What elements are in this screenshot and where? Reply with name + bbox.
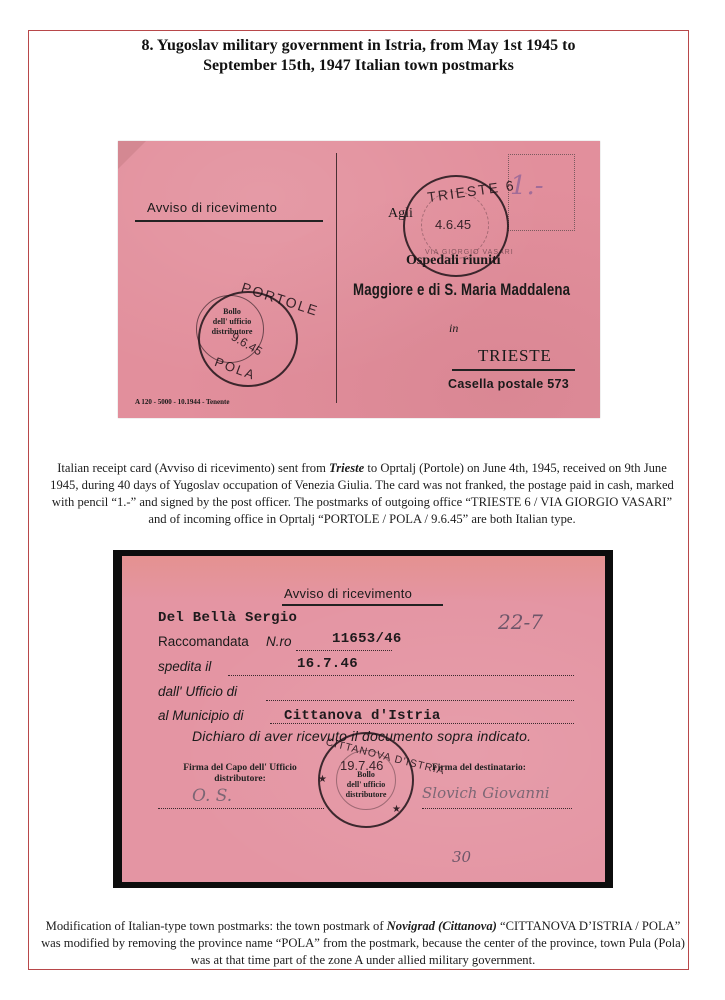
heading-underline [282,604,443,606]
office-stamp-label-line: dell' ufficio [334,780,398,790]
office-signature-label-line: Firma del Capo dell' Ufficio [156,763,324,774]
office-signature: O. S. [192,786,232,806]
page-title-line-1: 8. Yugoslav military government in Istri… [28,36,689,56]
card-divider-line [336,153,337,403]
portole-postmark-icon: Bollo dell' ufficio distributore PORTOLE… [198,291,298,387]
card-heading: Avviso di ricevimento [147,200,277,215]
caption-card-1: Italian receipt card (Avviso di ricevime… [48,460,676,528]
office-stamp-label-line: Bollo [334,770,398,780]
folded-corner [118,141,146,169]
office-stamp-label-line: dell' ufficio [202,317,262,327]
spedita-label: spedita il [158,659,211,674]
recipient-signature: Slovich Giovanni [422,784,550,802]
caption-text: Italian receipt card (Avviso di ricevime… [57,461,329,475]
municipio-value: Cittanova d'Istria [284,708,441,724]
office-signature-line [158,808,324,809]
addressee-line-2: Maggiore e di S. Maria Maddalena [353,280,570,300]
page-title: 8. Yugoslav military government in Istri… [28,36,689,76]
trieste-postmark-icon: TRIESTE 6 4.6.45 VIA GIORGIO VASARI [403,175,509,277]
caption-italic-place: Novigrad (Cittanova) [387,919,497,933]
office-signature-label: Firma del Capo dell' Ufficio distributor… [156,763,324,785]
card-heading: Avviso di ricevimento [284,586,412,601]
star-icon: ★ [318,774,327,785]
office-stamp-label: Bollo dell' ufficio distributore [202,307,262,337]
addressee-city: TRIESTE [478,346,552,366]
ufficio-label: dall' Ufficio di [158,684,237,699]
caption-italic-place: Trieste [329,461,364,475]
po-box: Casella postale 573 [448,377,569,391]
office-signature-label-line: distributore: [156,774,324,785]
heading-underline [135,220,323,222]
recipient-signature-label: Firma del destinatario: [432,763,526,774]
postmark-street: VIA GIORGIO VASARI [425,249,514,256]
spedita-value: 16.7.46 [297,656,358,672]
printer-imprint: A 120 - 5000 - 10.1944 - Tenente [135,398,230,406]
office-stamp-label-line: distributore [334,790,398,800]
pencil-note: 22-7 [498,610,543,634]
caption-card-2: Modification of Italian-type town postma… [40,918,686,969]
ufficio-dotted-line [266,700,574,701]
postmark-date: 4.6.45 [435,217,471,232]
office-stamp-label: Bollo dell' ufficio distributore [334,770,398,800]
sender-name: Del Bellà Sergio [158,610,297,626]
addressee-in: in [449,321,458,336]
office-stamp-label-line: Bollo [202,307,262,317]
pencil-number: 30 [452,848,471,866]
recipient-signature-line [422,808,572,809]
nro-dotted-line [296,650,392,651]
cittanova-postmark-icon: CITTANOVA D'ISTRIA 19.7.46 Bollo dell' u… [318,732,414,828]
nro-value: 11653/46 [332,631,402,647]
receipt-card-trieste: Avviso di ricevimento 1.- Agli Ospedali … [118,141,600,418]
star-icon: ★ [392,804,401,815]
municipio-label: al Municipio di [158,708,244,723]
page-title-line-2: September 15th, 1947 Italian town postma… [28,56,689,76]
caption-text: Modification of Italian-type town postma… [46,919,387,933]
spedita-dotted-line [228,675,574,676]
nro-label: N.ro [266,634,292,649]
receipt-card-cittanova: Avviso di ricevimento Del Bellà Sergio 2… [122,556,605,882]
raccomandata-label: Raccomandata [158,634,249,649]
city-underline [452,369,575,371]
